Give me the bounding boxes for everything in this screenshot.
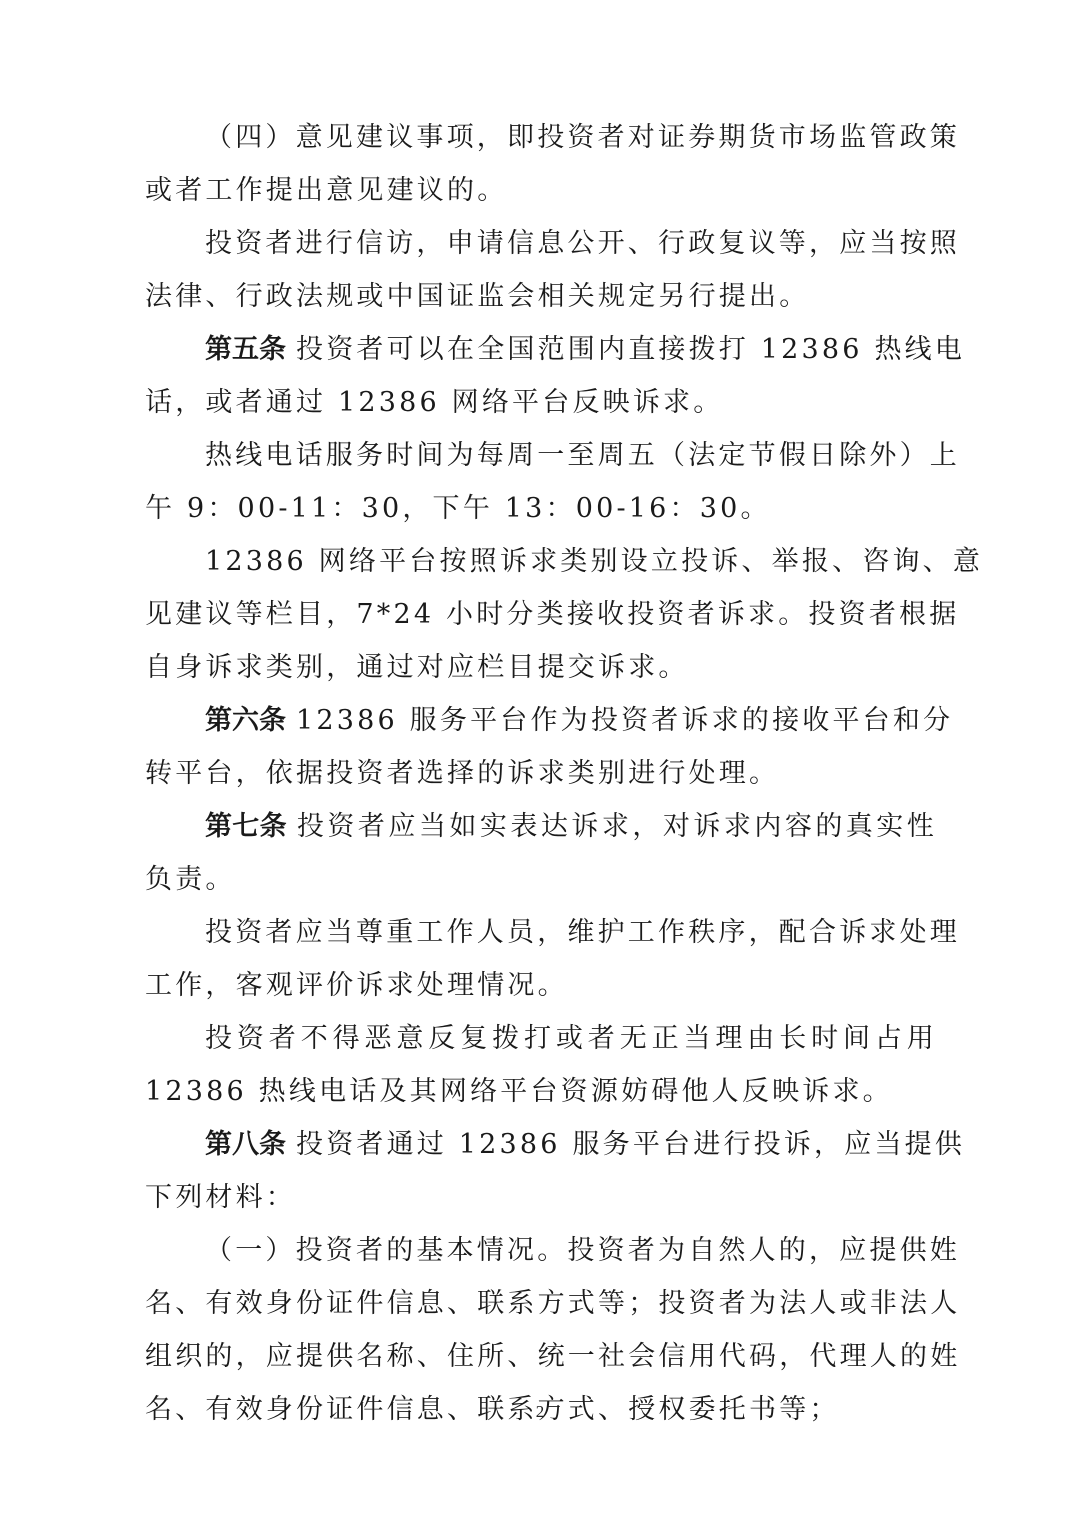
paragraph-text: 法律、行政法规或中国证监会相关规定另行提出。 — [145, 281, 809, 312]
page-number: 2 — [0, 1402, 1080, 1422]
paragraph-text: 12386 热线电话及其网络平台资源妨碍他人反映诉求。 — [145, 1076, 893, 1107]
line-4: 第五条投资者可以在全国范围内直接拨打 12386 热线电 — [205, 330, 937, 370]
line-10: 自身诉求类别，通过对应栏目提交诉求。 — [145, 648, 937, 688]
line-13: 第七条投资者应当如实表达诉求，对诉求内容的真实性 — [205, 807, 937, 847]
paragraph-text: 投资者应当尊重工作人员，维护工作秩序，配合诉求处理 — [205, 917, 960, 948]
line-18: 12386 热线电话及其网络平台资源妨碍他人反映诉求。 — [145, 1072, 937, 1112]
line-7: 午 9：00-11：30，下午 13：00-16：30。 — [145, 489, 937, 529]
paragraph-text: 投资者通过 12386 服务平台进行投诉，应当提供 — [296, 1129, 965, 1160]
paragraph-text: 投资者进行信访，申请信息公开、行政复议等，应当按照 — [205, 228, 960, 259]
article-heading: 第五条 — [205, 334, 286, 365]
paragraph-text: 组织的，应提供名称、住所、统一社会信用代码，代理人的姓 — [145, 1341, 960, 1372]
paragraph-text: 转平台，依据投资者选择的诉求类别进行处理。 — [145, 758, 779, 789]
line-1: 或者工作提出意见建议的。 — [145, 171, 937, 211]
line-6: 热线电话服务时间为每周一至周五（法定节假日除外）上 — [205, 436, 937, 476]
line-17: 投资者不得恶意反复拨打或者无正当理由长时间占用 — [205, 1019, 937, 1059]
line-15: 投资者应当尊重工作人员，维护工作秩序，配合诉求处理 — [205, 913, 937, 953]
paragraph-text: （四）意见建议事项，即投资者对证券期货市场监管政策 — [205, 122, 960, 153]
line-14: 负责。 — [145, 860, 937, 900]
paragraph-text: 热线电话服务时间为每周一至周五（法定节假日除外）上 — [205, 440, 960, 471]
paragraph-text: 话，或者通过 12386 网络平台反映诉求。 — [145, 387, 723, 418]
article-heading: 第七条 — [205, 811, 287, 842]
paragraph-text: 自身诉求类别，通过对应栏目提交诉求。 — [145, 652, 689, 683]
article-heading: 第八条 — [205, 1129, 286, 1160]
paragraph-text: 负责。 — [145, 864, 236, 895]
line-2: 投资者进行信访，申请信息公开、行政复议等，应当按照 — [205, 224, 937, 264]
paragraph-text: 投资者可以在全国范围内直接拨打 12386 热线电 — [296, 334, 965, 365]
document-page: （四）意见建议事项，即投资者对证券期货市场监管政策 或者工作提出意见建议的。 投… — [0, 0, 1080, 1528]
line-11: 第六条12386 服务平台作为投资者诉求的接收平台和分 — [205, 701, 937, 741]
paragraph-text: 下列材料： — [145, 1182, 296, 1213]
line-0: （四）意见建议事项，即投资者对证券期货市场监管政策 — [205, 118, 937, 158]
paragraph-text: 12386 服务平台作为投资者诉求的接收平台和分 — [296, 705, 953, 736]
paragraph-text: （一）投资者的基本情况。投资者为自然人的，应提供姓 — [205, 1235, 960, 1266]
line-23: 组织的，应提供名称、住所、统一社会信用代码，代理人的姓 — [145, 1337, 937, 1377]
paragraph-text: 午 9：00-11：30，下午 13：00-16：30。 — [145, 493, 771, 524]
line-5: 话，或者通过 12386 网络平台反映诉求。 — [145, 383, 937, 423]
article-heading: 第六条 — [205, 705, 286, 736]
paragraph-text: 名、有效身份证件信息、联系方式等；投资者为法人或非法人 — [145, 1288, 960, 1319]
line-9: 见建议等栏目，7*24 小时分类接收投资者诉求。投资者根据 — [145, 595, 937, 635]
paragraph-text: 见建议等栏目，7*24 小时分类接收投资者诉求。投资者根据 — [145, 599, 959, 630]
paragraph-text: 投资者应当如实表达诉求，对诉求内容的真实性 — [297, 811, 937, 842]
line-22: 名、有效身份证件信息、联系方式等；投资者为法人或非法人 — [145, 1284, 937, 1324]
paragraph-text: 工作，客观评价诉求处理情况。 — [145, 970, 568, 1001]
paragraph-text: 12386 网络平台按照诉求类别设立投诉、举报、咨询、意 — [205, 546, 983, 577]
paragraph-text: 或者工作提出意见建议的。 — [145, 175, 507, 206]
line-8: 12386 网络平台按照诉求类别设立投诉、举报、咨询、意 — [205, 542, 937, 582]
line-3: 法律、行政法规或中国证监会相关规定另行提出。 — [145, 277, 937, 317]
line-16: 工作，客观评价诉求处理情况。 — [145, 966, 937, 1006]
line-21: （一）投资者的基本情况。投资者为自然人的，应提供姓 — [205, 1231, 937, 1271]
line-19: 第八条投资者通过 12386 服务平台进行投诉，应当提供 — [205, 1125, 937, 1165]
paragraph-text: 投资者不得恶意反复拨打或者无正当理由长时间占用 — [205, 1023, 937, 1054]
line-20: 下列材料： — [145, 1178, 937, 1218]
line-12: 转平台，依据投资者选择的诉求类别进行处理。 — [145, 754, 937, 794]
